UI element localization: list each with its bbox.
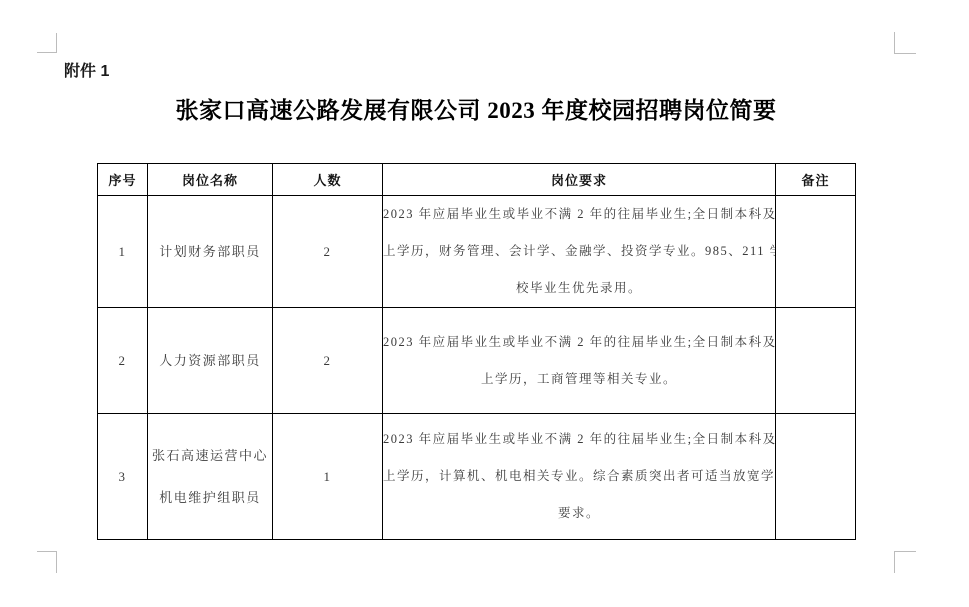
requirements-cell: 2023 年应届毕业生或毕业不满 2 年的往届毕业生;全日制本科及以 上学历，计…	[383, 414, 776, 540]
row-index-cell: 2	[98, 308, 148, 414]
positions-table: 序号 岗位名称 人数 岗位要求 备注 1 计划财务部职员 2 2023 年应届毕…	[97, 163, 856, 540]
requirement-line: 上学历，计算机、机电相关专业。综合素质突出者可适当放宽学历	[383, 458, 775, 495]
position-name-line: 机电维护组职员	[148, 477, 272, 519]
requirement-line: 2023 年应届毕业生或毕业不满 2 年的往届毕业生;全日制本科及以	[383, 421, 775, 458]
table-header-row: 序号 岗位名称 人数 岗位要求 备注	[98, 164, 856, 196]
attachment-label: 附件 1	[64, 58, 109, 81]
position-name-cell: 人力资源部职员	[148, 308, 273, 414]
table-row: 2 人力资源部职员 2 2023 年应届毕业生或毕业不满 2 年的往届毕业生;全…	[98, 308, 856, 414]
remarks-cell	[776, 414, 856, 540]
table-row: 1 计划财务部职员 2 2023 年应届毕业生或毕业不满 2 年的往届毕业生;全…	[98, 196, 856, 308]
requirements-cell: 2023 年应届毕业生或毕业不满 2 年的往届毕业生;全日制本科及以 上学历，财…	[383, 196, 776, 308]
header-remarks: 备注	[776, 164, 856, 196]
document-title: 张家口高速公路发展有限公司 2023 年度校园招聘岗位简要	[0, 92, 952, 125]
header-index: 序号	[98, 164, 148, 196]
requirement-line: 2023 年应届毕业生或毕业不满 2 年的往届毕业生;全日制本科及以	[383, 196, 775, 233]
margin-mark-bottom-left	[37, 551, 57, 573]
requirements-cell: 2023 年应届毕业生或毕业不满 2 年的往届毕业生;全日制本科及以 上学历，工…	[383, 308, 776, 414]
margin-mark-top-left	[37, 33, 57, 53]
remarks-cell	[776, 308, 856, 414]
header-requirements: 岗位要求	[383, 164, 776, 196]
requirement-line: 2023 年应届毕业生或毕业不满 2 年的往届毕业生;全日制本科及以	[383, 324, 775, 361]
margin-mark-bottom-right	[894, 551, 916, 573]
header-headcount: 人数	[273, 164, 383, 196]
position-name-line: 张石高速运营中心	[148, 435, 272, 477]
position-name-line: 计划财务部职员	[148, 231, 272, 273]
position-name-line: 人力资源部职员	[148, 340, 272, 382]
requirement-line: 要求。	[383, 495, 775, 532]
requirement-line: 校毕业生优先录用。	[383, 270, 775, 307]
document-page: 附件 1 张家口高速公路发展有限公司 2023 年度校园招聘岗位简要 序号 岗位…	[0, 0, 969, 607]
headcount-cell: 2	[273, 196, 383, 308]
headcount-cell: 2	[273, 308, 383, 414]
margin-mark-top-right	[894, 32, 916, 54]
headcount-cell: 1	[273, 414, 383, 540]
position-name-cell: 张石高速运营中心 机电维护组职员	[148, 414, 273, 540]
requirement-line: 上学历，财务管理、会计学、金融学、投资学专业。985、211 学	[383, 233, 775, 270]
position-name-cell: 计划财务部职员	[148, 196, 273, 308]
row-index-cell: 3	[98, 414, 148, 540]
remarks-cell	[776, 196, 856, 308]
header-position-name: 岗位名称	[148, 164, 273, 196]
row-index-cell: 1	[98, 196, 148, 308]
table-row: 3 张石高速运营中心 机电维护组职员 1 2023 年应届毕业生或毕业不满 2 …	[98, 414, 856, 540]
requirement-line: 上学历，工商管理等相关专业。	[383, 361, 775, 398]
